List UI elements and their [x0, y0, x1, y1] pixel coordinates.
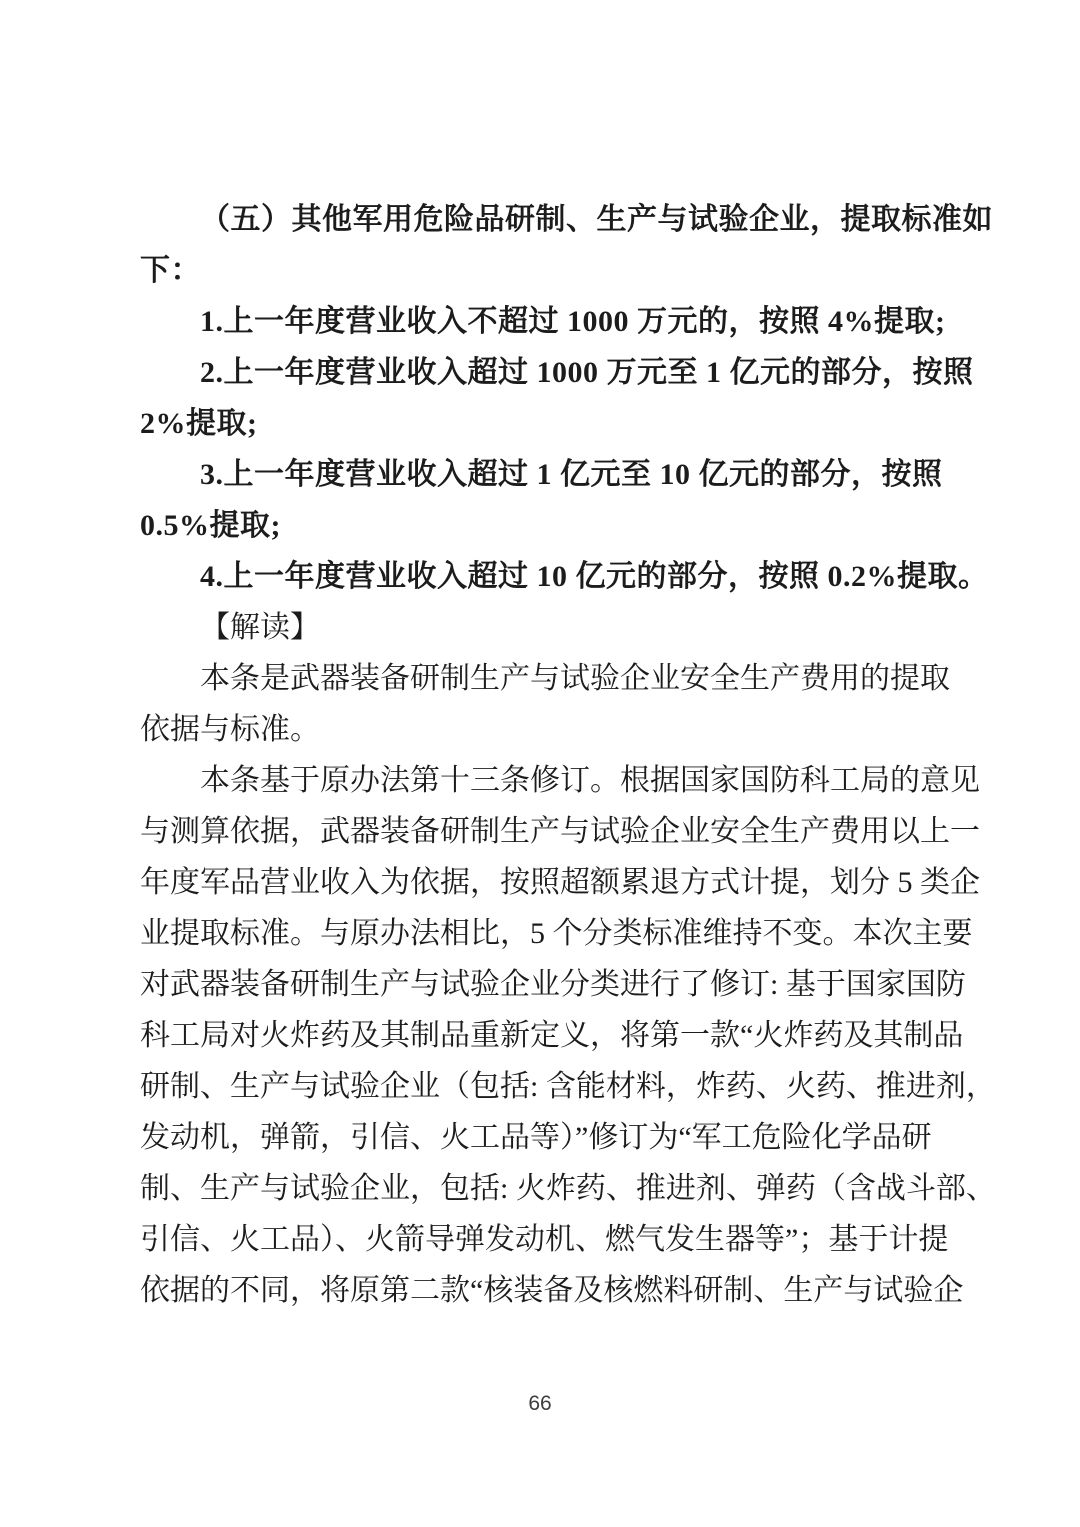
- text-line: 与测算依据，武器装备研制生产与试验企业安全生产费用以上一: [140, 806, 952, 857]
- page-number: 66: [0, 1392, 1080, 1416]
- text-line: 3.上一年度营业收入超过 1 亿元至 10 亿元的部分，按照: [140, 449, 952, 500]
- text-line: 2%提取;: [140, 398, 952, 449]
- text-line: 业提取标准。与原办法相比，5 个分类标准维持不变。本次主要: [140, 908, 952, 959]
- text-line: 引信、火工品）、火箭导弹发动机、燃气发生器等”；基于计提: [140, 1214, 952, 1265]
- text-line: 本条基于原办法第十三条修订。根据国家国防科工局的意见: [140, 755, 952, 806]
- text-line: 依据与标准。: [140, 704, 952, 755]
- document-text-body: （五）其他军用危险品研制、生产与试验企业，提取标准如下：1.上一年度营业收入不超…: [140, 194, 952, 1316]
- text-line: 0.5%提取;: [140, 500, 952, 551]
- text-line: 本条是武器装备研制生产与试验企业安全生产费用的提取: [140, 653, 952, 704]
- text-line: 【解读】: [140, 602, 952, 653]
- text-line: 下：: [140, 245, 952, 296]
- text-line: 年度军品营业收入为依据，按照超额累退方式计提，划分 5 类企: [140, 857, 952, 908]
- text-line: 4.上一年度营业收入超过 10 亿元的部分，按照 0.2%提取。: [140, 551, 952, 602]
- text-line: 2.上一年度营业收入超过 1000 万元至 1 亿元的部分，按照: [140, 347, 952, 398]
- text-line: 1.上一年度营业收入不超过 1000 万元的，按照 4%提取;: [140, 296, 952, 347]
- text-line: 对武器装备研制生产与试验企业分类进行了修订: 基于国家国防: [140, 959, 952, 1010]
- document-page: （五）其他军用危险品研制、生产与试验企业，提取标准如下：1.上一年度营业收入不超…: [0, 0, 1080, 1527]
- text-line: 研制、生产与试验企业（包括: 含能材料，炸药、火药、推进剂，: [140, 1061, 952, 1112]
- text-line: 发动机，弹箭，引信、火工品等）”修订为“军工危险化学品研: [140, 1112, 952, 1163]
- text-line: 依据的不同，将原第二款“核装备及核燃料研制、生产与试验企: [140, 1265, 952, 1316]
- text-line: （五）其他军用危险品研制、生产与试验企业，提取标准如: [140, 194, 952, 245]
- text-line: 制、生产与试验企业，包括: 火炸药、推进剂、弹药（含战斗部、: [140, 1163, 952, 1214]
- text-line: 科工局对火炸药及其制品重新定义，将第一款“火炸药及其制品: [140, 1010, 952, 1061]
